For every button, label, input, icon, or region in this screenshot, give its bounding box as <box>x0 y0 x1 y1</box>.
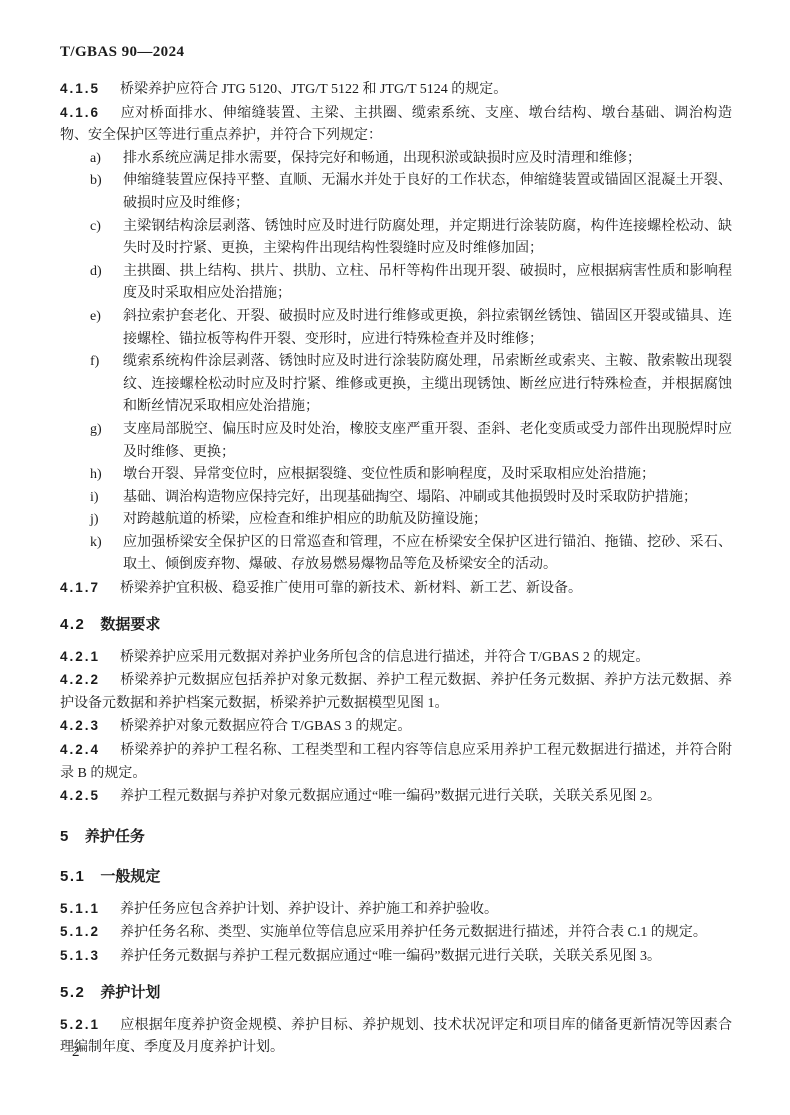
clause-number: 4.2.1 <box>60 649 100 664</box>
document-page: T/GBAS 90—2024 4.1.5桥梁养护应符合 JTG 5120、JTG… <box>0 0 790 1115</box>
paragraph-text: 排水系统应满足排水需要，保持完好和畅通，出现积淤或缺损时应及时清理和维修； <box>123 151 641 166</box>
clause-number: 4.1.6 <box>60 105 100 120</box>
list-item: i)基础、调治构造物应保持完好，出现基础掏空、塌陷、冲刷或其他损毁时及时采取防护… <box>60 487 732 510</box>
clause-number: 5.1.1 <box>60 901 100 916</box>
clause-number: 4.2.2 <box>60 672 100 687</box>
list-marker: d) <box>90 261 102 284</box>
clause-paragraph: 5.1.2养护任务名称、类型、实施单位等信息应采用养护任务元数据进行描述，并符合… <box>60 921 732 945</box>
clause-number: 4.2.4 <box>60 742 100 757</box>
paragraph-text: 养护任务名称、类型、实施单位等信息应采用养护任务元数据进行描述，并符合表 C.1… <box>120 925 707 940</box>
paragraph-text: 桥梁养护对象元数据应符合 T/GBAS 3 的规定。 <box>120 719 411 734</box>
clause-number: 5.1.3 <box>60 948 100 963</box>
paragraph-text: 养护任务应包含养护计划、养护设计、养护施工和养护验收。 <box>120 902 498 917</box>
clause-paragraph: 5.1.3养护任务元数据与养护工程元数据应通过“唯一编码”数据元进行关联，关联关… <box>60 945 732 969</box>
clause-paragraph: 4.1.5桥梁养护应符合 JTG 5120、JTG/T 5122 和 JTG/T… <box>60 78 732 102</box>
clause-number: 5.1.2 <box>60 924 100 939</box>
standard-number-header: T/GBAS 90—2024 <box>60 44 184 61</box>
list-item: g)支座局部脱空、偏压时应及时处治，橡胶支座严重开裂、歪斜、老化变质或受力部件出… <box>60 419 732 464</box>
clause-paragraph: 4.2.1桥梁养护应采用元数据对养护业务所包含的信息进行描述，并符合 T/GBA… <box>60 646 732 670</box>
paragraph-text: 养护工程元数据与养护对象元数据应通过“唯一编码”数据元进行关联，关联关系见图 2… <box>120 789 661 804</box>
clause-number: 4.1.7 <box>60 580 100 595</box>
list-item: c)主梁钢结构涂层剥落、锈蚀时应及时进行防腐处理，并定期进行涂装防腐，构件连接螺… <box>60 216 732 261</box>
paragraph-text: 养护任务 <box>85 828 145 845</box>
clause-number: 5.1 <box>60 868 85 885</box>
clause-paragraph: 4.2.5养护工程元数据与养护对象元数据应通过“唯一编码”数据元进行关联，关联关… <box>60 785 732 809</box>
list-item: b)伸缩缝装置应保持平整、直顺、无漏水并处于良好的工作状态，伸缩缝装置或锚固区混… <box>60 170 732 215</box>
paragraph-text: 主拱圈、拱上结构、拱片、拱肋、立柱、吊杆等构件出现开裂、破损时，应根据病害性质和… <box>123 264 732 302</box>
clause-paragraph: 4.2.4桥梁养护的养护工程名称、工程类型和工程内容等信息应采用养护工程元数据进… <box>60 739 732 785</box>
paragraph-text: 主梁钢结构涂层剥落、锈蚀时应及时进行防腐处理，并定期进行涂装防腐，构件连接螺栓松… <box>123 219 732 257</box>
section-heading: 5.1一般规定 <box>60 865 732 889</box>
paragraph-text: 应加强桥梁安全保护区的日常巡查和管理，不应在桥梁安全保护区进行锚泊、拖锚、挖砂、… <box>123 535 732 573</box>
clause-number: 5.2 <box>60 984 85 1001</box>
list-marker: b) <box>90 170 102 193</box>
list-marker: g) <box>90 419 102 442</box>
clause-paragraph: 4.1.6应对桥面排水、伸缩缝装置、主梁、主拱圈、缆索系统、支座、墩台结构、墩台… <box>60 102 732 148</box>
paragraph-text: 应根据年度养护资金规模、养护目标、养护规划、技术状况评定和项目库的储备更新情况等… <box>60 1018 732 1056</box>
list-marker: h) <box>90 464 102 487</box>
clause-paragraph: 4.2.3桥梁养护对象元数据应符合 T/GBAS 3 的规定。 <box>60 715 732 739</box>
clause-paragraph: 4.1.7桥梁养护宜积极、稳妥推广使用可靠的新技术、新材料、新工艺、新设备。 <box>60 577 732 601</box>
paragraph-text: 一般规定 <box>100 868 160 885</box>
clause-number: 5 <box>60 828 70 845</box>
list-marker: i) <box>90 487 99 510</box>
paragraph-text: 桥梁养护元数据应包括养护对象元数据、养护工程元数据、养护任务元数据、养护方法元数… <box>60 673 732 711</box>
paragraph-text: 养护任务元数据与养护工程元数据应通过“唯一编码”数据元进行关联，关联关系见图 3… <box>120 949 661 964</box>
page-number: 2 <box>72 1044 80 1061</box>
clause-paragraph: 5.1.1养护任务应包含养护计划、养护设计、养护施工和养护验收。 <box>60 898 732 922</box>
list-item: a)排水系统应满足排水需要，保持完好和畅通，出现积淤或缺损时应及时清理和维修； <box>60 148 732 171</box>
list-item: f)缆索系统构件涂层剥落、锈蚀时应及时进行涂装防腐处理，吊索断丝或索夹、主鞍、散… <box>60 351 732 419</box>
paragraph-text: 斜拉索护套老化、开裂、破损时应及时进行维修或更换，斜拉索钢丝锈蚀、锚固区开裂或锚… <box>123 309 732 347</box>
list-item: j)对跨越航道的桥梁，应检查和维护相应的助航及防撞设施； <box>60 509 732 532</box>
list-marker: k) <box>90 532 102 555</box>
paragraph-text: 缆索系统构件涂层剥落、锈蚀时应及时进行涂装防腐处理，吊索断丝或索夹、主鞍、散索鞍… <box>123 354 732 414</box>
paragraph-text: 桥梁养护应采用元数据对养护业务所包含的信息进行描述，并符合 T/GBAS 2 的… <box>120 650 649 665</box>
section-heading: 4.2数据要求 <box>60 613 732 637</box>
clause-number: 5.2.1 <box>60 1017 100 1032</box>
list-marker: e) <box>90 306 101 329</box>
clause-paragraph: 4.2.2桥梁养护元数据应包括养护对象元数据、养护工程元数据、养护任务元数据、养… <box>60 669 732 715</box>
paragraph-text: 数据要求 <box>100 616 160 633</box>
document-body: 4.1.5桥梁养护应符合 JTG 5120、JTG/T 5122 和 JTG/T… <box>60 78 732 1060</box>
paragraph-text: 桥梁养护应符合 JTG 5120、JTG/T 5122 和 JTG/T 5124… <box>120 82 507 97</box>
list-marker: j) <box>90 509 99 532</box>
list-marker: f) <box>90 351 99 374</box>
section-heading: 5养护任务 <box>60 825 732 849</box>
paragraph-text: 桥梁养护的养护工程名称、工程类型和工程内容等信息应采用养护工程元数据进行描述，并… <box>60 743 732 781</box>
list-item: h)墩台开裂、异常变位时，应根据裂缝、变位性质和影响程度，及时采取相应处治措施； <box>60 464 732 487</box>
paragraph-text: 基础、调治构造物应保持完好，出现基础掏空、塌陷、冲刷或其他损毁时及时采取防护措施… <box>123 490 697 505</box>
list-item: k)应加强桥梁安全保护区的日常巡查和管理，不应在桥梁安全保护区进行锚泊、拖锚、挖… <box>60 532 732 577</box>
section-heading: 5.2养护计划 <box>60 981 732 1005</box>
paragraph-text: 桥梁养护宜积极、稳妥推广使用可靠的新技术、新材料、新工艺、新设备。 <box>120 581 582 596</box>
paragraph-text: 对跨越航道的桥梁，应检查和维护相应的助航及防撞设施； <box>123 512 487 527</box>
clause-number: 4.2 <box>60 616 85 633</box>
list-marker: a) <box>90 148 101 171</box>
clause-number: 4.1.5 <box>60 81 100 96</box>
clause-number: 4.2.5 <box>60 788 100 803</box>
paragraph-text: 应对桥面排水、伸缩缝装置、主梁、主拱圈、缆索系统、支座、墩台结构、墩台基础、调治… <box>60 106 732 144</box>
clause-paragraph: 5.2.1应根据年度养护资金规模、养护目标、养护规划、技术状况评定和项目库的储备… <box>60 1014 732 1060</box>
list-item: d)主拱圈、拱上结构、拱片、拱肋、立柱、吊杆等构件出现开裂、破损时，应根据病害性… <box>60 261 732 306</box>
clause-number: 4.2.3 <box>60 718 100 733</box>
paragraph-text: 伸缩缝装置应保持平整、直顺、无漏水并处于良好的工作状态，伸缩缝装置或锚固区混凝土… <box>123 173 732 211</box>
paragraph-text: 养护计划 <box>100 984 160 1001</box>
list-item: e)斜拉索护套老化、开裂、破损时应及时进行维修或更换，斜拉索钢丝锈蚀、锚固区开裂… <box>60 306 732 351</box>
list-marker: c) <box>90 216 101 239</box>
paragraph-text: 墩台开裂、异常变位时，应根据裂缝、变位性质和影响程度，及时采取相应处治措施； <box>123 467 655 482</box>
paragraph-text: 支座局部脱空、偏压时应及时处治，橡胶支座严重开裂、歪斜、老化变质或受力部件出现脱… <box>123 422 732 460</box>
